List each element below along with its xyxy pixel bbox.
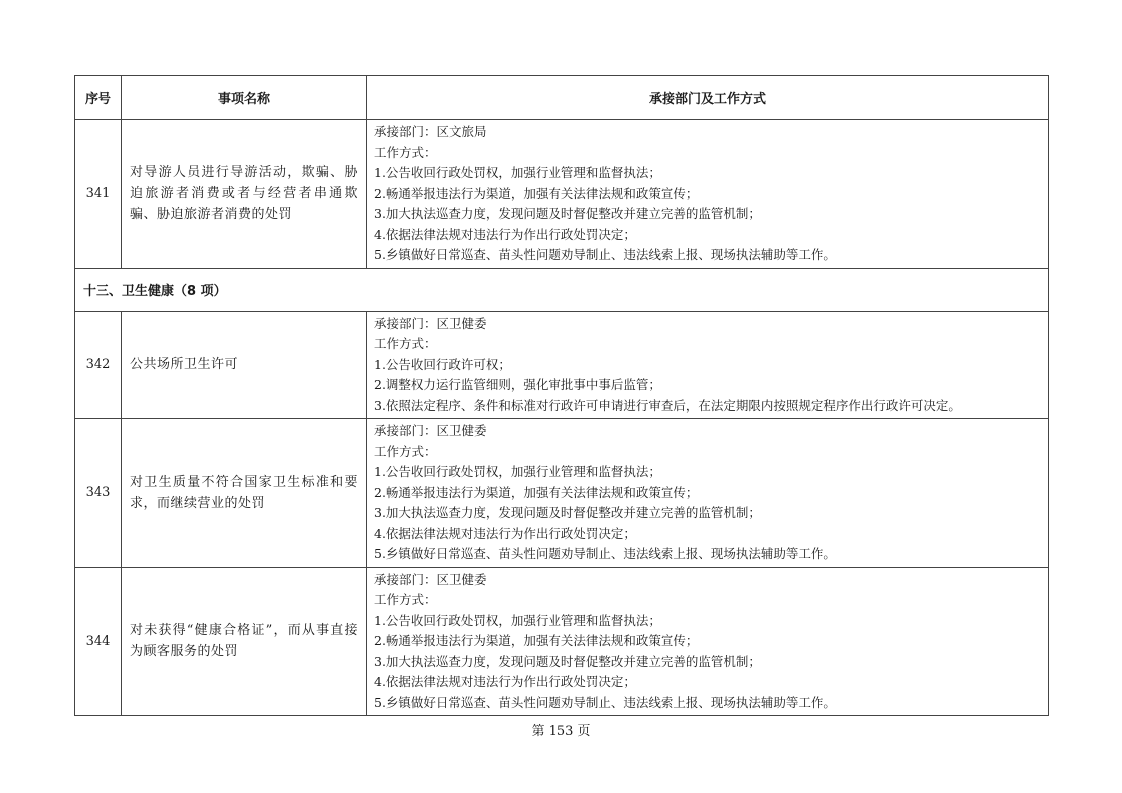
row-name: 对卫生质量不符合国家卫生标准和要求，而继续营业的处罚 bbox=[122, 419, 367, 568]
section-title: 十三、卫生健康（8 项） bbox=[75, 268, 1049, 311]
row-name: 对导游人员进行导游活动，欺骗、胁迫旅游者消费或者与经营者串通欺骗、胁迫旅游者消费… bbox=[122, 120, 367, 269]
dept-line: 5.乡镇做好日常巡查、苗头性问题劝导制止、违法线索上报、现场执法辅助等工作。 bbox=[374, 245, 1042, 266]
dept-line: 4.依据法律法规对违法行为作出行政处罚决定； bbox=[374, 672, 1042, 693]
row-name: 公共场所卫生许可 bbox=[122, 311, 367, 419]
dept-line: 1.公告收回行政许可权； bbox=[374, 355, 1042, 376]
table-row: 343 对卫生质量不符合国家卫生标准和要求，而继续营业的处罚 承接部门：区卫健委… bbox=[75, 419, 1049, 568]
dept-line: 承接部门：区卫健委 bbox=[374, 421, 1042, 442]
row-dept: 承接部门：区卫健委 工作方式： 1.公告收回行政处罚权，加强行业管理和监督执法；… bbox=[367, 419, 1049, 568]
matters-table: 序号 事项名称 承接部门及工作方式 341 对导游人员进行导游活动，欺骗、胁迫旅… bbox=[74, 75, 1049, 716]
dept-line: 2.调整权力运行监管细则，强化审批事中事后监管； bbox=[374, 375, 1042, 396]
dept-line: 承接部门：区文旅局 bbox=[374, 122, 1042, 143]
dept-line: 3.依照法定程序、条件和标准对行政许可申请进行审查后，在法定期限内按照规定程序作… bbox=[374, 396, 1042, 417]
dept-line: 2.畅通举报违法行为渠道，加强有关法律法规和政策宣传； bbox=[374, 483, 1042, 504]
table-row: 344 对未获得“健康合格证”，而从事直接为顾客服务的处罚 承接部门：区卫健委 … bbox=[75, 567, 1049, 716]
dept-line: 5.乡镇做好日常巡查、苗头性问题劝导制止、违法线索上报、现场执法辅助等工作。 bbox=[374, 693, 1042, 714]
dept-line: 承接部门：区卫健委 bbox=[374, 570, 1042, 591]
dept-line: 3.加大执法巡查力度，发现问题及时督促整改并建立完善的监管机制； bbox=[374, 652, 1042, 673]
dept-line: 5.乡镇做好日常巡查、苗头性问题劝导制止、违法线索上报、现场执法辅助等工作。 bbox=[374, 544, 1042, 565]
row-no: 343 bbox=[75, 419, 122, 568]
row-no: 342 bbox=[75, 311, 122, 419]
page-number: 第 153 页 bbox=[0, 720, 1122, 739]
dept-line: 工作方式： bbox=[374, 590, 1042, 611]
row-no: 341 bbox=[75, 120, 122, 269]
table-row: 341 对导游人员进行导游活动，欺骗、胁迫旅游者消费或者与经营者串通欺骗、胁迫旅… bbox=[75, 120, 1049, 269]
header-dept: 承接部门及工作方式 bbox=[367, 76, 1049, 120]
row-dept: 承接部门：区卫健委 工作方式： 1.公告收回行政许可权； 2.调整权力运行监管细… bbox=[367, 311, 1049, 419]
section-row: 十三、卫生健康（8 项） bbox=[75, 268, 1049, 311]
dept-line: 工作方式： bbox=[374, 143, 1042, 164]
table-row: 342 公共场所卫生许可 承接部门：区卫健委 工作方式： 1.公告收回行政许可权… bbox=[75, 311, 1049, 419]
row-dept: 承接部门：区文旅局 工作方式： 1.公告收回行政处罚权，加强行业管理和监督执法；… bbox=[367, 120, 1049, 269]
dept-line: 1.公告收回行政处罚权，加强行业管理和监督执法； bbox=[374, 462, 1042, 483]
dept-line: 3.加大执法巡查力度，发现问题及时督促整改并建立完善的监管机制； bbox=[374, 503, 1042, 524]
dept-line: 承接部门：区卫健委 bbox=[374, 314, 1042, 335]
header-no: 序号 bbox=[75, 76, 122, 120]
row-dept: 承接部门：区卫健委 工作方式： 1.公告收回行政处罚权，加强行业管理和监督执法；… bbox=[367, 567, 1049, 716]
dept-line: 4.依据法律法规对违法行为作出行政处罚决定； bbox=[374, 225, 1042, 246]
dept-line: 2.畅通举报违法行为渠道，加强有关法律法规和政策宣传； bbox=[374, 631, 1042, 652]
dept-line: 4.依据法律法规对违法行为作出行政处罚决定； bbox=[374, 524, 1042, 545]
row-no: 344 bbox=[75, 567, 122, 716]
table-header-row: 序号 事项名称 承接部门及工作方式 bbox=[75, 76, 1049, 120]
dept-line: 工作方式： bbox=[374, 442, 1042, 463]
dept-line: 1.公告收回行政处罚权，加强行业管理和监督执法； bbox=[374, 611, 1042, 632]
dept-line: 2.畅通举报违法行为渠道，加强有关法律法规和政策宣传； bbox=[374, 184, 1042, 205]
dept-line: 1.公告收回行政处罚权，加强行业管理和监督执法； bbox=[374, 163, 1042, 184]
dept-line: 工作方式： bbox=[374, 334, 1042, 355]
header-name: 事项名称 bbox=[122, 76, 367, 120]
dept-line: 3.加大执法巡查力度，发现问题及时督促整改并建立完善的监管机制； bbox=[374, 204, 1042, 225]
row-name: 对未获得“健康合格证”，而从事直接为顾客服务的处罚 bbox=[122, 567, 367, 716]
